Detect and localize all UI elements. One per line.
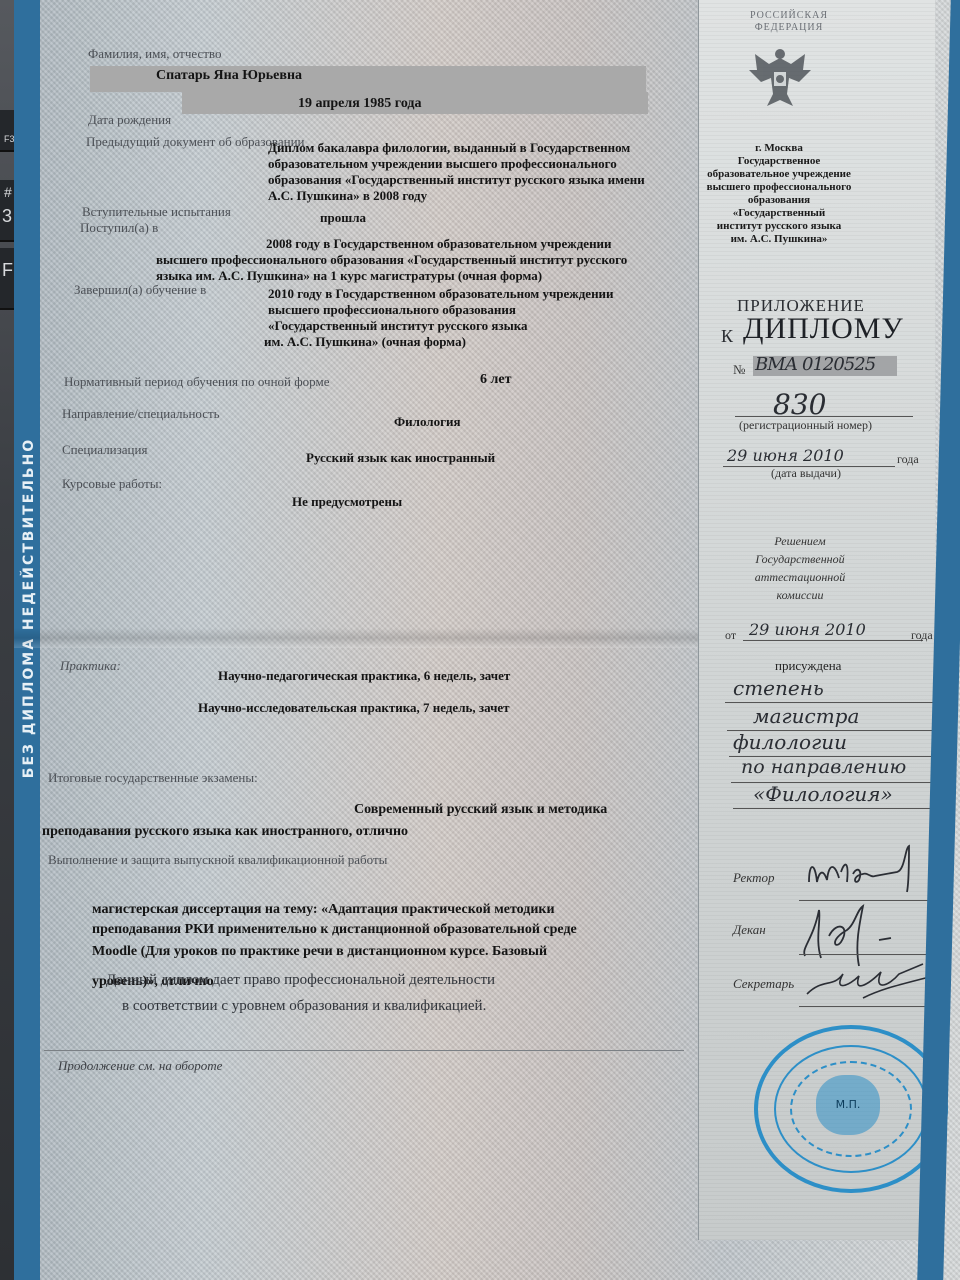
rights-line-1: Данный диплом дает право профессионально… bbox=[106, 972, 495, 989]
specialty-value: Филология bbox=[394, 414, 461, 430]
exams-label: Итоговые государственные экзамены: bbox=[48, 770, 258, 786]
completed-line-1: 2010 году в Государственном образователь… bbox=[268, 286, 614, 302]
issue-date: 29 июня 2010 bbox=[727, 446, 844, 465]
entrance-label: Вступительные испытания bbox=[82, 204, 231, 220]
continued-note: Продолжение см. на обороте bbox=[58, 1058, 222, 1074]
completed-line-2: высшего профессионального образования bbox=[268, 302, 516, 318]
supplement-title-line-2: ДИПЛОМУ bbox=[743, 312, 904, 346]
awarded-line-1: степень bbox=[733, 676, 824, 700]
rector-signature-icon bbox=[805, 842, 925, 898]
issue-date-suffix: года bbox=[897, 452, 919, 467]
thesis-line-2: преподавания РКИ применительно к дистанц… bbox=[92, 922, 577, 938]
rights-line-2: в соответствии с уровнем образования и к… bbox=[122, 998, 486, 1015]
thesis-line-3: Moodle (Для уроков по практике речи в ди… bbox=[92, 944, 547, 960]
rector-label: Ректор bbox=[733, 870, 775, 886]
awarded-line-4: по направлению bbox=[741, 756, 906, 778]
supplement-title-prefix: К bbox=[721, 326, 733, 347]
prev-doc-line-3: образования «Государственный институт ру… bbox=[268, 172, 645, 188]
specialization-value: Русский язык как иностранный bbox=[306, 450, 495, 466]
dean-label: Декан bbox=[733, 922, 766, 938]
reg-number-caption: (регистрационный номер) bbox=[739, 418, 872, 433]
thesis-line-1: магистерская диссертация на тему: «Адапт… bbox=[92, 902, 555, 918]
diploma-supplement-sheet: БЕЗ ДИПЛОМА НЕДЕЙСТВИТЕЛЬНО Фамилия, имя… bbox=[14, 0, 960, 1280]
enrolled-line-1: 2008 году в Государственном образователь… bbox=[266, 236, 612, 252]
full-name-label: Фамилия, имя, отчество bbox=[88, 46, 221, 62]
enrolled-label: Поступил(а) в bbox=[80, 220, 158, 236]
country-name: РОССИЙСКАЯ ФЕДЕРАЦИЯ bbox=[729, 10, 849, 34]
country-line-2: ФЕДЕРАЦИЯ bbox=[729, 22, 849, 34]
prev-doc-line-1: Диплом бакалавра филологии, выданный в Г… bbox=[268, 140, 630, 156]
dean-signature-line bbox=[799, 954, 931, 955]
birth-date-value: 19 апреля 1985 года bbox=[298, 96, 422, 112]
official-seal: М.П. bbox=[754, 1025, 948, 1193]
completed-line-4: им. А.С. Пушкина» (очная форма) bbox=[264, 334, 466, 350]
diploma-number: ВМА 0120525 bbox=[755, 354, 875, 375]
decision-date-line bbox=[743, 640, 923, 641]
decision-line: аттестационной bbox=[735, 568, 865, 586]
completed-line-3: «Государственный институт русского языка bbox=[268, 318, 528, 334]
decision-suffix: года bbox=[911, 628, 933, 643]
specialty-label: Направление/специальность bbox=[62, 406, 220, 422]
double-headed-eagle-icon bbox=[745, 44, 815, 112]
practice-item-1: Научно-педагогическая практика, 6 недель… bbox=[218, 668, 510, 684]
decision-prefix: от bbox=[725, 628, 736, 643]
stripe-text-left: БЕЗ ДИПЛОМА НЕДЕЙСТВИТЕЛЬНО bbox=[21, 393, 37, 823]
awarded-line-5: «Филология» bbox=[753, 782, 893, 806]
awarded-line-3: филологии bbox=[733, 730, 847, 754]
institution-line: образования bbox=[687, 194, 871, 207]
bottom-divider bbox=[44, 1050, 684, 1051]
prev-doc-line-4: А.С. Пушкина» в 2008 году bbox=[268, 188, 427, 204]
country-line-1: РОССИЙСКАЯ bbox=[729, 10, 849, 22]
enrolled-line-3: языка им. А.С. Пушкина» на 1 курс магист… bbox=[156, 268, 542, 284]
prev-doc-line-2: образовательном учреждении высшего профе… bbox=[268, 156, 617, 172]
decision-line: Решением bbox=[735, 532, 865, 550]
awarded-label: присуждена bbox=[775, 658, 841, 674]
institution-line: образовательное учреждение bbox=[687, 168, 871, 181]
exams-line-1: Современный русский язык и методика bbox=[354, 802, 607, 818]
secretary-label: Секретарь bbox=[733, 976, 794, 992]
decision-line: комиссии bbox=[735, 586, 865, 604]
specialization-label: Специализация bbox=[62, 442, 147, 458]
period-value: 6 лет bbox=[480, 372, 511, 388]
institution-line: г. Москва bbox=[687, 142, 871, 155]
enrolled-line-2: высшего профессионального образования «Г… bbox=[156, 252, 627, 268]
period-label: Нормативный период обучения по очной фор… bbox=[64, 374, 329, 390]
institution-line: институт русского языка bbox=[687, 220, 871, 233]
institution-line: им. А.С. Пушкина» bbox=[687, 233, 871, 246]
coursework-value: Не предусмотрены bbox=[292, 494, 402, 510]
decision-line: Государственной bbox=[735, 550, 865, 568]
thesis-label: Выполнение и защита выпускной квалификац… bbox=[48, 852, 387, 868]
coursework-label: Курсовые работы: bbox=[62, 476, 162, 492]
decision-date: 29 июня 2010 bbox=[749, 620, 866, 639]
entrance-value: прошла bbox=[320, 210, 366, 226]
awarded-underline bbox=[733, 808, 943, 809]
institution-line: «Государственный bbox=[687, 207, 871, 220]
full-name-value: Спатарь Яна Юрьевна bbox=[156, 68, 302, 84]
awarded-underline bbox=[725, 702, 935, 703]
decision-block: Решением Государственной аттестационной … bbox=[735, 532, 865, 604]
institution-block: г. Москва Государственное образовательно… bbox=[687, 142, 871, 246]
completed-label: Завершил(а) обучение в bbox=[74, 282, 206, 298]
practice-item-2: Научно-исследовательская практика, 7 нед… bbox=[198, 700, 510, 716]
reg-number-line bbox=[735, 416, 913, 417]
issue-date-caption: (дата выдачи) bbox=[771, 466, 841, 481]
birth-date-label: Дата рождения bbox=[88, 112, 171, 128]
practice-label: Практика: bbox=[60, 658, 121, 674]
number-sign: № bbox=[733, 362, 745, 378]
exams-line-2: преподавания русского языка как иностран… bbox=[42, 824, 408, 840]
secretary-signature-icon bbox=[803, 958, 943, 1002]
institution-line: Государственное bbox=[687, 155, 871, 168]
institution-line: высшего профессионального bbox=[687, 181, 871, 194]
secretary-signature-line bbox=[799, 1006, 931, 1007]
awarded-line-2: магистра bbox=[753, 704, 859, 728]
seal-emblem: М.П. bbox=[816, 1075, 880, 1135]
